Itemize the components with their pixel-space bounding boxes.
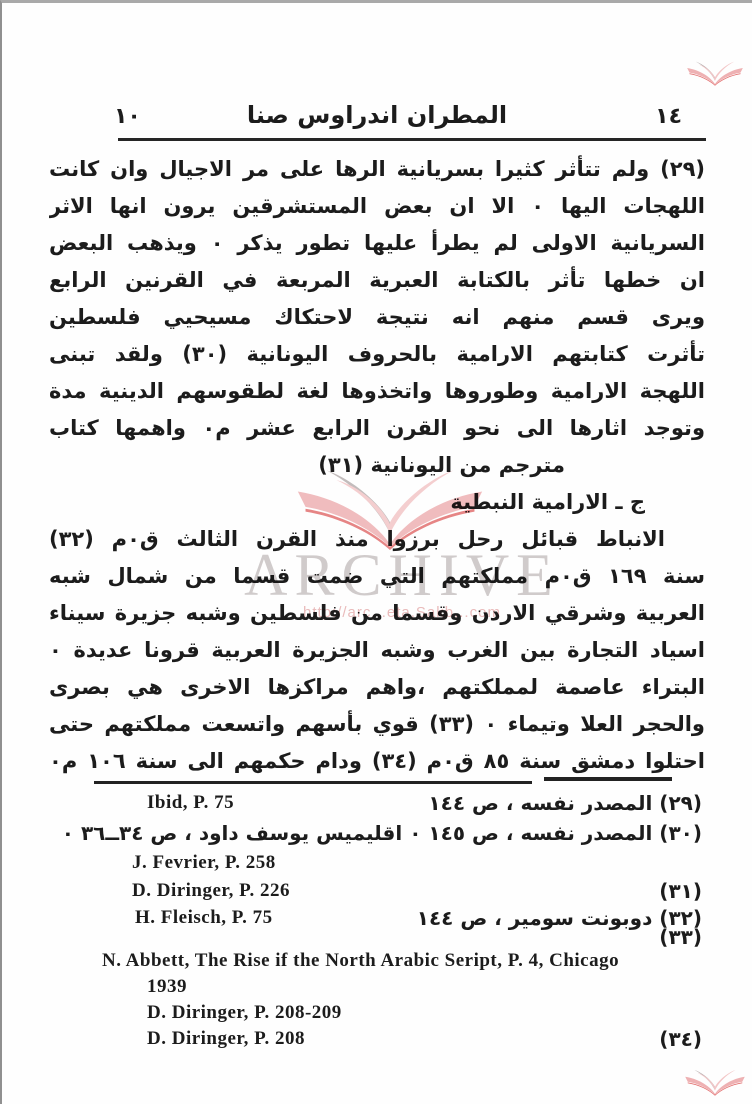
footnote-english: D. Diringer, P. 208-209 bbox=[147, 1002, 342, 1024]
footnote-row: N. Abbett, The Rise if the North Arabic … bbox=[2, 949, 752, 977]
footnote-rule-long bbox=[94, 781, 532, 784]
body-line: اللهجة الارامية وطوروها واتخذوها لغة لطق… bbox=[49, 373, 705, 410]
body-line: الانباط قبائل رحل برزوا منذ القرن الثالث… bbox=[49, 521, 665, 558]
footnote-row: 1939 bbox=[2, 975, 752, 1003]
body-line: اللهجات اليها ٠ الا ان بعض المستشرقين ير… bbox=[49, 188, 705, 225]
body-line: مترجم من اليونانية (٣١) bbox=[318, 447, 565, 484]
footnote-arabic: (٢٩) المصدر نفسه ، ص ١٤٤ bbox=[428, 791, 702, 815]
footnote-row: (٣٤)D. Diringer, P. 208 bbox=[2, 1027, 752, 1055]
footnote-english: D. Diringer, P. 208 bbox=[147, 1028, 305, 1050]
footnote-row: (٣٠) المصدر نفسه ، ص ١٤٥ ٠ اقليميس يوسف … bbox=[2, 821, 752, 849]
footnote-english: N. Abbett, The Rise if the North Arabic … bbox=[102, 950, 619, 972]
body-line: اسياد التجارة بين الغرب وشبه الجزيرة الع… bbox=[49, 632, 705, 669]
footnote-row: (٢٩) المصدر نفسه ، ص ١٤٤Ibid, P. 75 bbox=[2, 791, 752, 819]
body-line: ويرى قسم منهم انه نتيجة لاحتكاك مسيحيي ف… bbox=[49, 299, 705, 336]
footnote-english: D. Diringer, P. 226 bbox=[132, 880, 290, 902]
body-line: السريانية الاولى لم يطرأ عليها تطور يذكر… bbox=[49, 225, 705, 262]
open-book-icon bbox=[684, 1065, 746, 1096]
footnote-english: 1939 bbox=[147, 976, 187, 998]
body-line: والحجر العلا وتيماء ٠ (٣٣) قوي بأسهم وات… bbox=[49, 706, 705, 743]
body-line: سنة ١٦٩ ق٠م مملكتهم التي ضمت قسما من شما… bbox=[49, 558, 705, 595]
body-line: ج ـ الارامية النبطية bbox=[450, 484, 645, 521]
footnote-row: (٣١)D. Diringer, P. 226 bbox=[2, 879, 752, 907]
footnote-arabic: (٣٣) bbox=[659, 925, 702, 949]
footnote-english: J. Fevrier, P. 258 bbox=[132, 852, 276, 874]
body-line: العربية وشرقي الاردن وقسما من فلسطين وشب… bbox=[49, 595, 705, 632]
footnote-arabic: (٣٠) المصدر نفسه ، ص ١٤٥ ٠ اقليميس يوسف … bbox=[62, 821, 702, 845]
open-book-icon bbox=[686, 57, 744, 86]
body-line: احتلوا دمشق سنة ٨٥ ق٠م (٣٤) ودام حكمهم ا… bbox=[49, 743, 705, 780]
footnote-row: D. Diringer, P. 208-209 bbox=[2, 1001, 752, 1029]
header-rule bbox=[118, 138, 706, 141]
book-page: ١٤ المطران اندراوس صنا ١٠ (٢٩) ولم تتأثر… bbox=[0, 0, 752, 1104]
footnote-arabic: (٣٤) bbox=[659, 1027, 702, 1051]
footnote-row: J. Fevrier, P. 258 bbox=[2, 851, 752, 879]
body-line: وتوجد اثارها الى نحو القرن الرابع عشر م٠… bbox=[49, 410, 705, 447]
body-line: (٢٩) ولم تتأثر كثيرا بسريانية الرها على … bbox=[49, 151, 705, 188]
footnote-arabic: (٣١) bbox=[659, 879, 702, 903]
footnote-english: Ibid, P. 75 bbox=[147, 792, 234, 814]
body-line: ان خطها تأثر بالكتابة العبرية المربعة في… bbox=[49, 262, 705, 299]
body-line: تأثرت كتابتهم الارامية بالحروف اليونانية… bbox=[49, 336, 705, 373]
page-number-left: ١٠ bbox=[114, 104, 141, 129]
body-line: البتراء عاصمة لمملكتهم ،واهم مراكزها الا… bbox=[49, 669, 705, 706]
